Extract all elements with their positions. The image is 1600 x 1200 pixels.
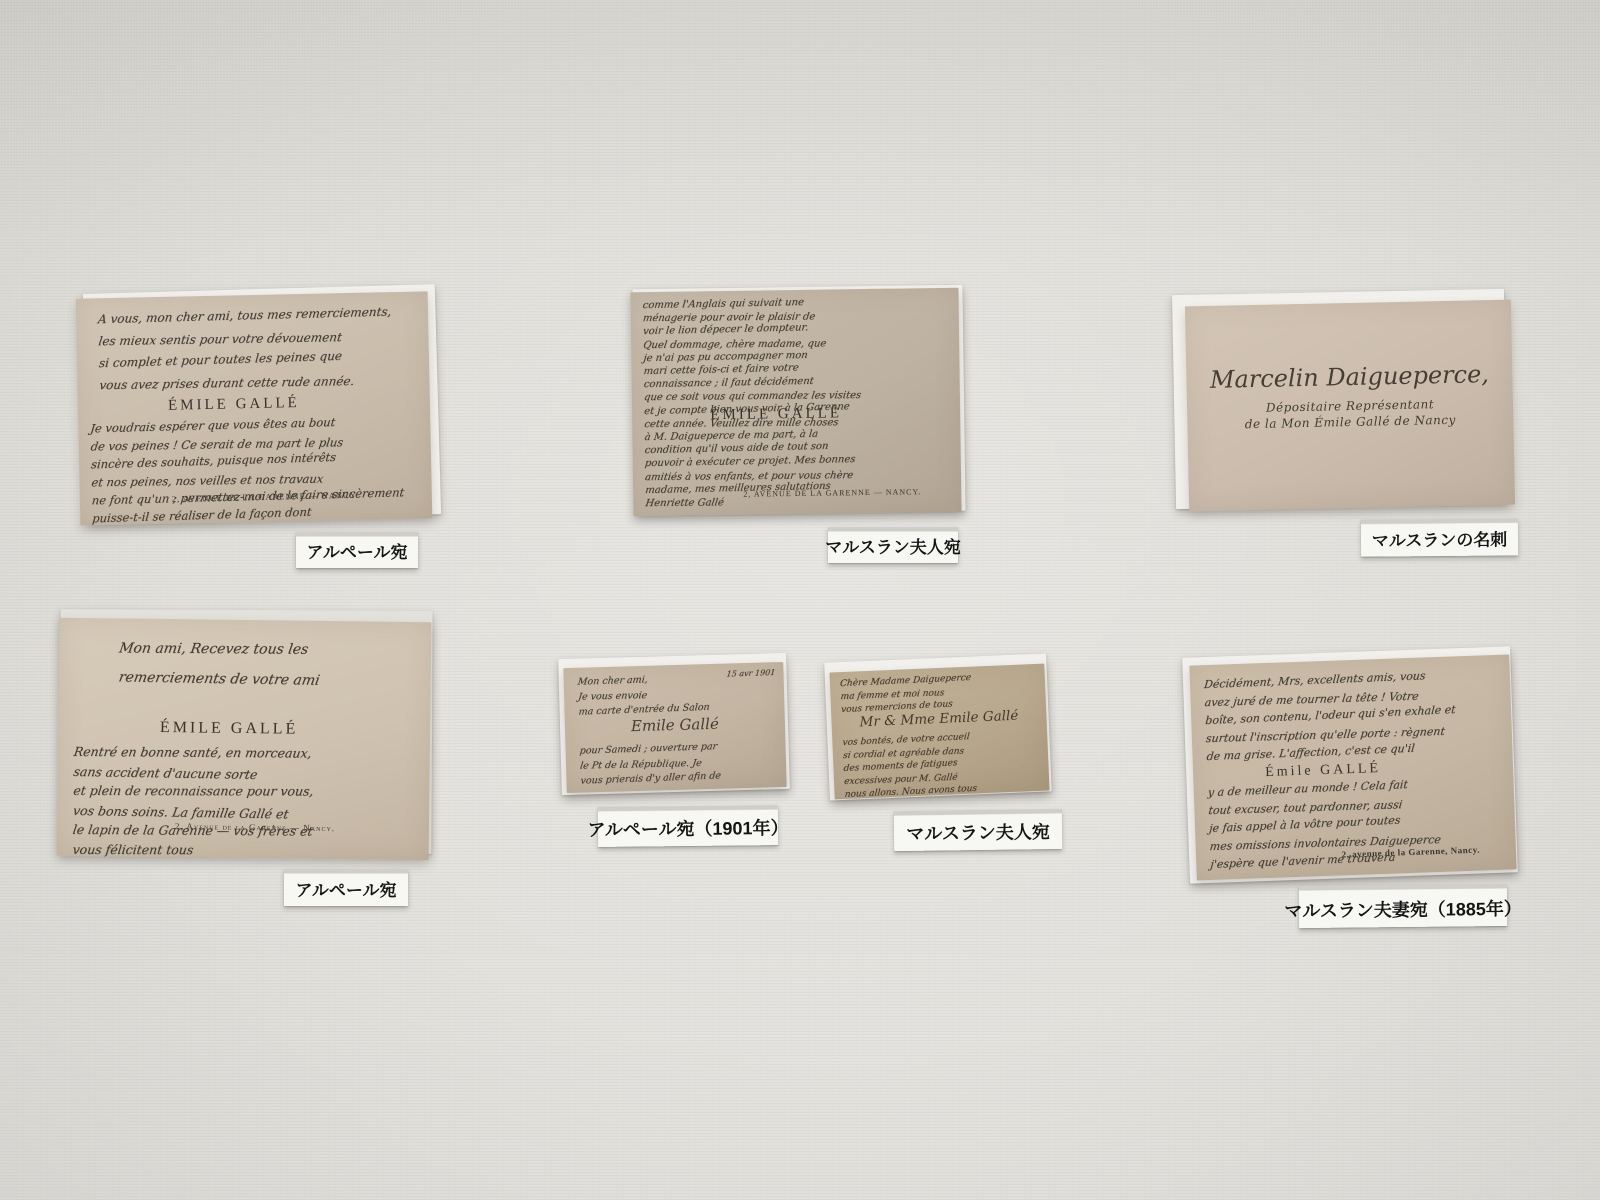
business-card-marcelin: Marcelin Daigueperce, Dépositaire Représ… [1185,300,1515,512]
caption-text: アルペール宛 [292,876,401,906]
caption-text: アルペール宛（1901年） [583,814,792,847]
caption-plaque: アルペール宛（1901年） [598,805,778,847]
handwritten-text: A vous, mon cher ami, tous mes remerciem… [76,291,430,396]
museum-wall-photo: A vous, mon cher ami, tous mes remerciem… [0,0,1600,1200]
caption-text: マルスラン夫妻宛（1885年） [1280,895,1526,929]
card-note-mme-marcelin: Chère Madame Daiguepercema femme et moi … [829,664,1049,800]
caption-text: マルスラン夫人宛 [821,533,965,563]
printed-address: 2, Avenue de la Garenne — Nancy. [175,821,335,833]
handwritten-text: Je voudrais espérer que vous êtes au bou… [78,410,432,525]
handwritten-text: Rentré en bonne santé, en morceaux,sans … [57,740,430,861]
printed-name: ÉMILE GALLÉ [58,718,400,740]
caption-plaque: アルペール宛 [284,869,408,906]
caption-plaque: マルスラン夫人宛 [894,809,1063,851]
handwritten-text: vos bontés, de votre accueilsi cordial e… [832,723,1050,800]
caption-plaque: マルスランの名刺 [1361,518,1518,556]
card-letter-albert-top: A vous, mon cher ami, tous mes remerciem… [76,291,433,525]
card-letter-marcelin-couple-1885: Décidément, Mrs, excellents amis, vousav… [1189,654,1516,880]
handwritten-text: Mon cher ami,Je vous envoiema carte d'en… [563,662,784,720]
caption-plaque: マルスラン夫人宛 [828,527,958,563]
handwritten-text: Mon ami, Recevez tous lesremerciements d… [59,618,432,697]
caption-plaque: マルスラン夫妻宛（1885年） [1299,884,1507,928]
handwritten-text: Décidément, Mrs, excellents amis, vousav… [1189,654,1512,766]
card-letter-mme-marcelin-top: comme l'Anglais qui suivait uneménagerie… [630,288,961,517]
handwritten-text: pour Samedi ; ouverture parle Pt de la R… [565,731,786,789]
card-letter-albert-bottom: Mon ami, Recevez tous lesremerciements d… [57,618,432,861]
handwritten-text: comme l'Anglais qui suivait uneménagerie… [630,288,961,511]
caption-text: アルペール宛 [303,538,412,568]
handwritten-text: y a de meilleur au monde ! Cela faittout… [1193,772,1516,874]
caption-plaque: アルペール宛 [296,532,418,568]
caption-text: マルスランの名刺 [1368,525,1512,556]
caption-text: マルスラン夫人宛 [902,818,1054,851]
card-note-albert-1901: 15 avr 1901 Mon cher ami,Je vous envoiem… [563,662,786,793]
business-card-name: Marcelin Daigueperce, [1186,360,1513,395]
